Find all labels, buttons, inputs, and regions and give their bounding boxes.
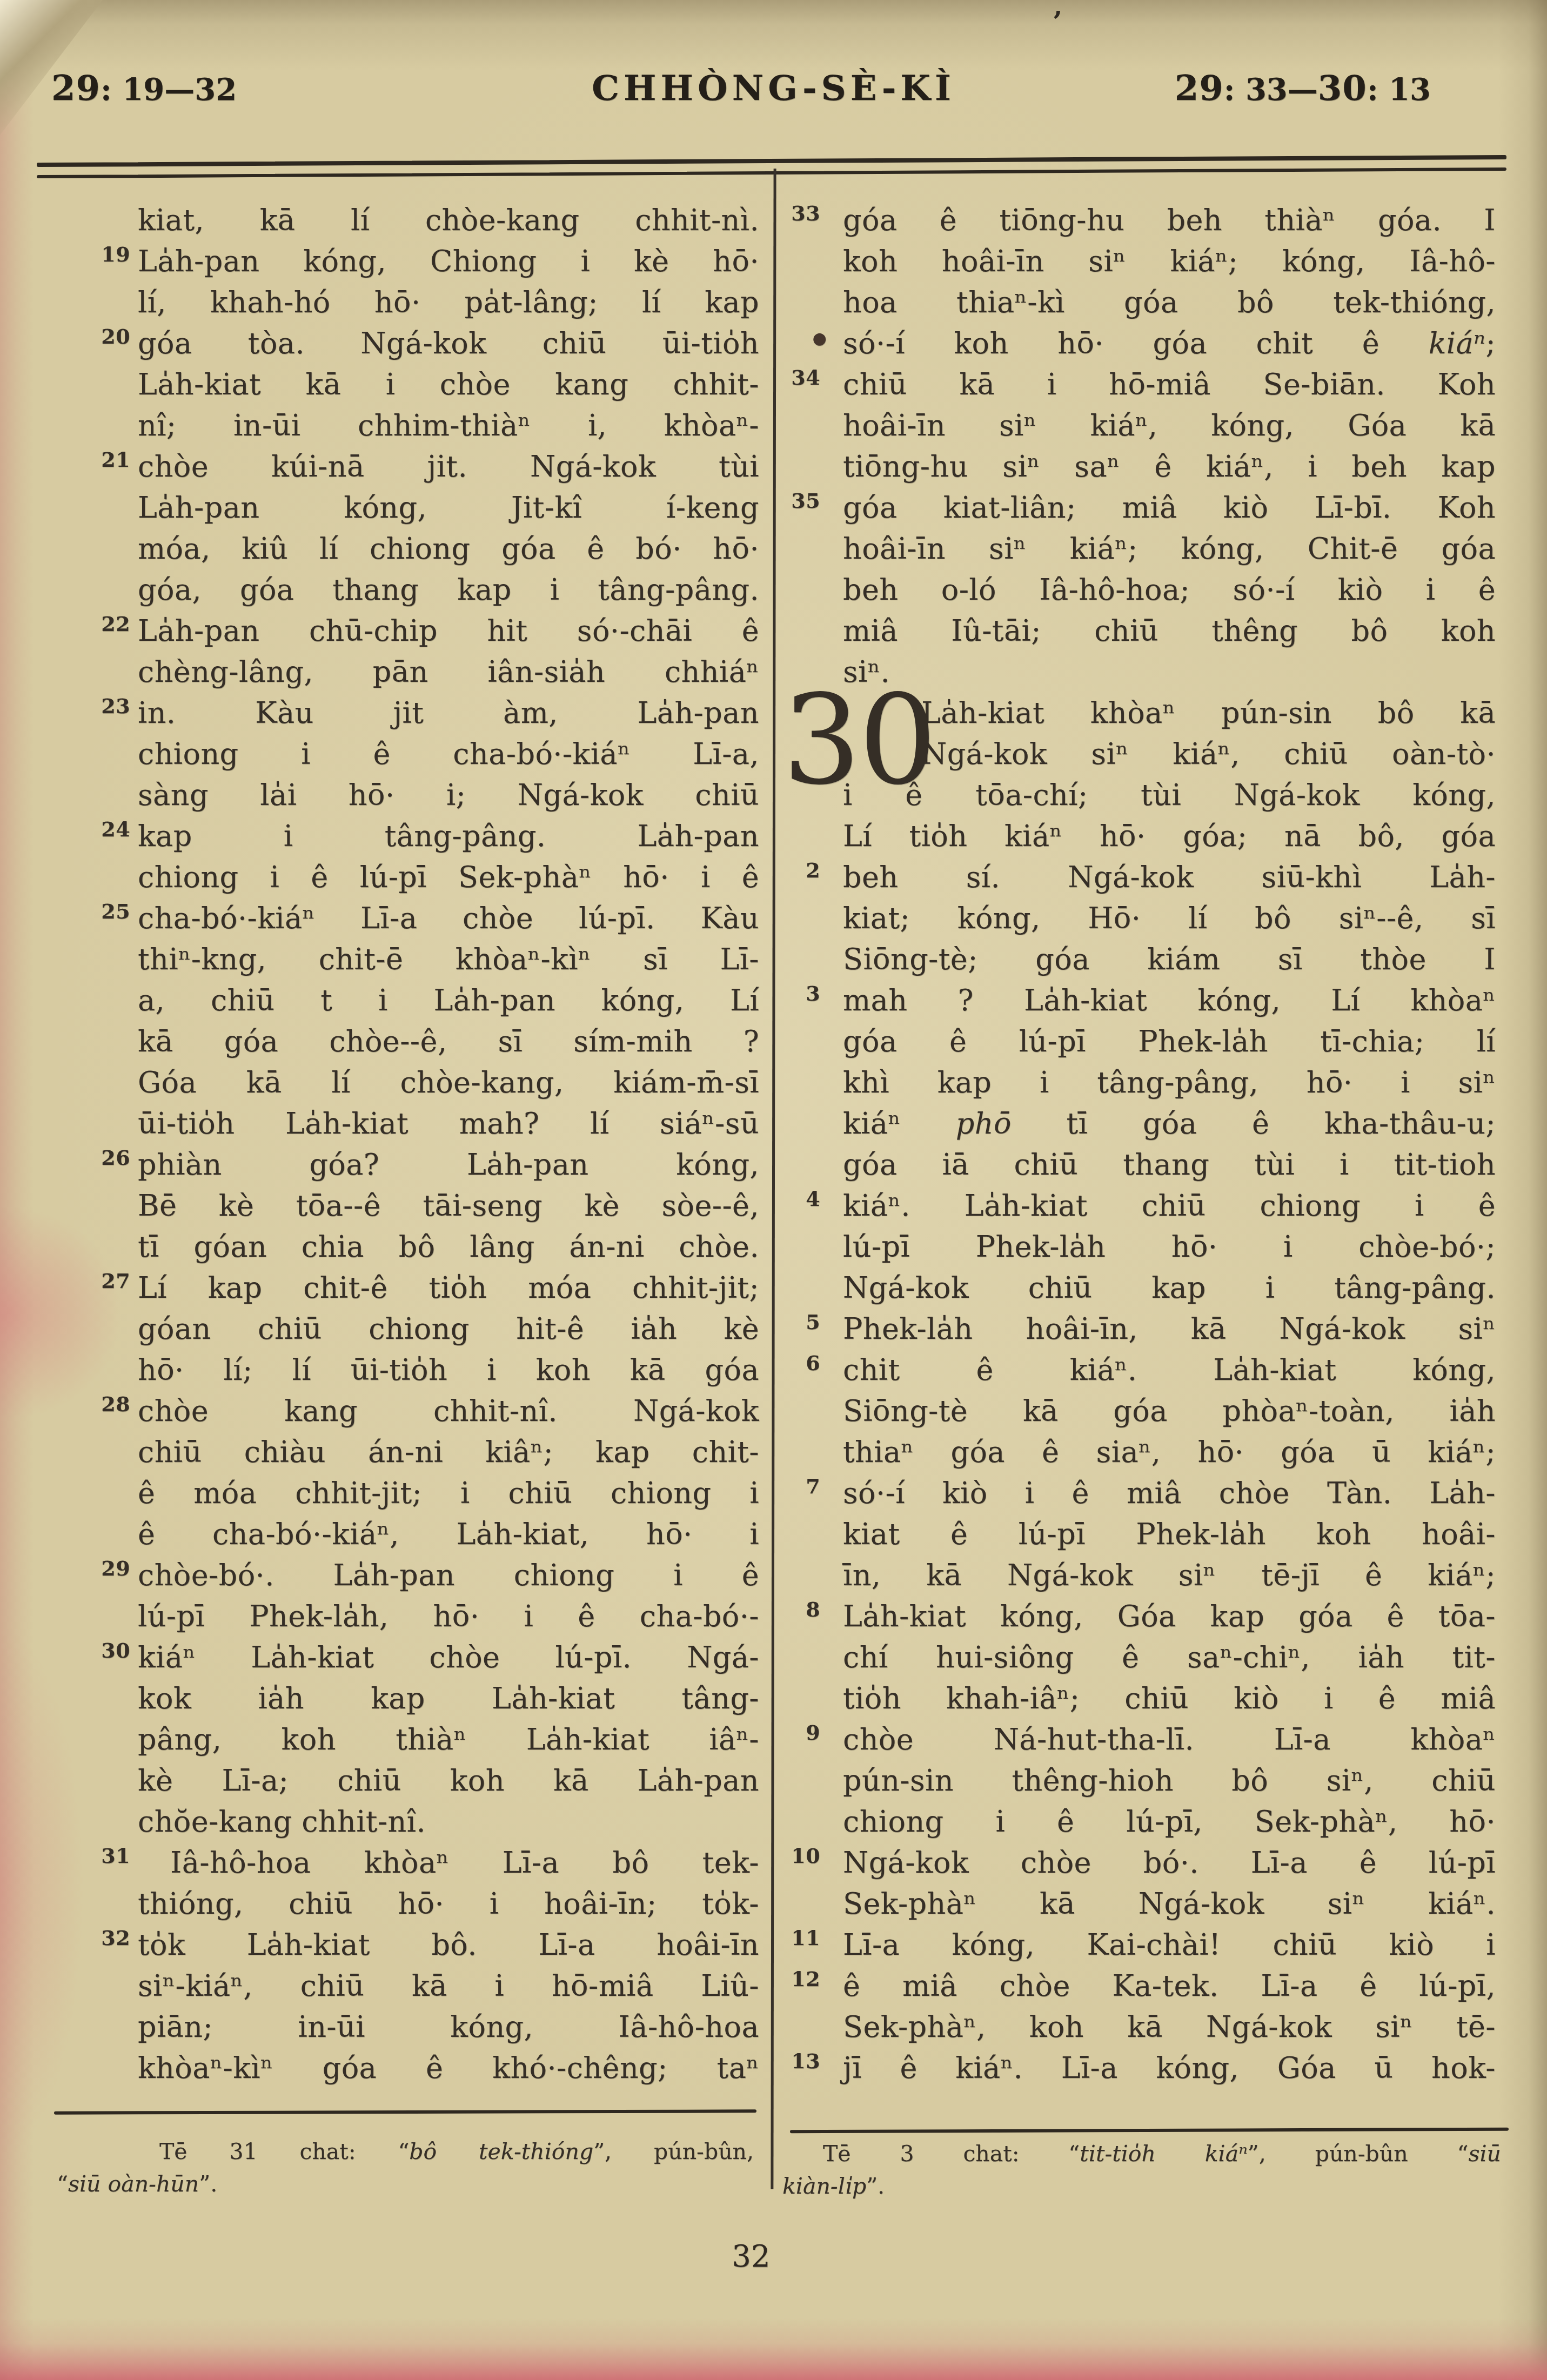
- verse-number: 11: [791, 1928, 820, 1948]
- text-line: 35góa kiat-liân; miâ kiò Lī-bī. Koh: [843, 487, 1496, 528]
- text-line: 10Ngá-kok chòe bó·. Lī-a ê lú-pī: [843, 1842, 1496, 1883]
- text-line: lú-pī Phek-la̍h, hō· i ê cha-bó·-: [138, 1596, 759, 1637]
- text-line: chí hui-siông ê saⁿ-chiⁿ, ia̍h tit-: [843, 1637, 1496, 1678]
- text-line: īn, kā Ngá-kok siⁿ tē-jī ê kiáⁿ;: [843, 1555, 1496, 1596]
- text-line: i ê tōa-chí; tùi Ngá-kok kóng,: [843, 775, 1496, 816]
- page-number: 32: [719, 2239, 783, 2274]
- header-double-rule-top: [37, 155, 1506, 167]
- text-line: Tē 3 chat: “tit-tio̍h kiáⁿ”, pún-bûn “si…: [782, 2137, 1501, 2170]
- text-line: “siū oàn-hūn”.: [57, 2168, 754, 2200]
- chapter-number: 30: [782, 679, 935, 802]
- text-line: kiat; kóng, Hō· lí bô siⁿ--ê, sī: [843, 898, 1496, 939]
- text-line: 34chiū kā i hō-miâ Se-biān. Koh: [843, 364, 1496, 405]
- footnote-rule-right: [790, 2128, 1509, 2134]
- text-line: 9chòe Ná-hut-tha-lī. Lī-a khòaⁿ: [843, 1719, 1496, 1760]
- verse-number: 5: [806, 1312, 820, 1332]
- text-line: 31Iâ-hô-hoa khòaⁿ Lī-a bô tek-: [138, 1842, 759, 1883]
- verse-number: 4: [806, 1189, 820, 1209]
- text-line: Ngá-kok siⁿ kiáⁿ, chiū oàn-tò·: [843, 734, 1496, 775]
- text-line: kiat ê lú-pī Phek-la̍h koh hoâi-: [843, 1514, 1496, 1555]
- text-line: 19La̍h-pan kóng, Chiong i kè hō·: [138, 241, 759, 282]
- text-line: a, chiū t i La̍h-pan kóng, Lí: [138, 980, 759, 1021]
- text-line: chiū chiàu án-ni kiâⁿ; kap chit-: [138, 1432, 759, 1473]
- text-line: Tē 31 chat: “bô tek-thióng”, pún-bûn,: [57, 2135, 754, 2168]
- text-line: pâng, koh thiàⁿ La̍h-kiat iâⁿ-: [138, 1719, 759, 1760]
- verse-number: 32: [101, 1928, 130, 1948]
- text-line: 28chòe kang chhit-nî. Ngá-kok: [138, 1391, 759, 1432]
- text-line: chèng-lâng, pān iân-sia̍h chhiáⁿ: [138, 652, 759, 693]
- text-line: Siōng-tè kā góa phòaⁿ-toàn, ia̍h: [843, 1391, 1496, 1432]
- text-line: 25cha-bó·-kiáⁿ Lī-a chòe lú-pī. Kàu: [138, 898, 759, 939]
- text-line: tiōng-hu siⁿ saⁿ ê kiáⁿ, i beh kap: [843, 446, 1496, 487]
- verse-number: 2: [806, 860, 820, 881]
- text-line: hoâi-īn siⁿ kiáⁿ, kóng, Góa kā: [843, 405, 1496, 446]
- text-line: chiong i ê lú-pī, Sek-phàⁿ, hō·: [843, 1801, 1496, 1842]
- verse-number: 19: [101, 244, 130, 265]
- text-line: 3mah ? La̍h-kiat kóng, Lí khòaⁿ: [843, 980, 1496, 1021]
- text-line: Lí tio̍h kiáⁿ hō· góa; nā bô, góa: [843, 816, 1496, 857]
- verse-number: 7: [806, 1476, 820, 1497]
- text-line: lú-pī Phek-la̍h hō· i chòe-bó·;: [843, 1226, 1496, 1268]
- text-line: nî; in-ūi chhim-thiàⁿ i, khòaⁿ-: [138, 405, 759, 446]
- text-line: 22La̍h-pan chū-chip hit só·-chāi ê: [138, 611, 759, 652]
- footnote-rule-left: [54, 2109, 756, 2114]
- text-line: chiong i ê lú-pī Sek-phàⁿ hō· i ê: [138, 857, 759, 898]
- right-text-column: 33góa ê tiōng-hu beh thiàⁿ góa. Ikoh hoâ…: [843, 200, 1496, 2089]
- footnote-left: Tē 31 chat: “bô tek-thióng”, pún-bûn,“si…: [57, 2135, 754, 2200]
- verse-number: 23: [101, 696, 130, 716]
- text-line: Siōng-tè; góa kiám sī thòe I: [843, 939, 1496, 980]
- verse-number: 9: [806, 1722, 820, 1743]
- footnote-right: Tē 3 chat: “tit-tio̍h kiáⁿ”, pún-bûn “si…: [782, 2137, 1501, 2202]
- text-line: móa, kiû lí chiong góa ê bó· hō·: [138, 528, 759, 569]
- text-line: 13jī ê kiáⁿ. Lī-a kóng, Góa ū hok-: [843, 2048, 1496, 2089]
- verse-number: 25: [101, 901, 130, 922]
- text-line: ●só·-í koh hō· góa chit ê kiáⁿ;: [843, 323, 1496, 364]
- text-line: 29chòe-bó·. La̍h-pan chiong i ê: [138, 1555, 759, 1596]
- verse-number: 12: [791, 1969, 820, 1989]
- text-line: tio̍h khah-iâⁿ; chiū kiò i ê miâ: [843, 1678, 1496, 1719]
- text-line: siⁿ-kiáⁿ, chiū kā i hō-miâ Liû-: [138, 1966, 759, 2007]
- column-divider: [771, 169, 776, 2189]
- text-line: koh hoâi-īn siⁿ kiáⁿ; kóng, Iâ-hô-: [843, 241, 1496, 282]
- text-line: 26phiàn góa? La̍h-pan kóng,: [138, 1144, 759, 1185]
- text-line: kiat, kā lí chòe-kang chhit-nì.: [138, 200, 759, 241]
- text-line: 33góa ê tiōng-hu beh thiàⁿ góa. I: [843, 200, 1496, 241]
- text-line: thiaⁿ góa ê siaⁿ, hō· góa ū kiáⁿ;: [843, 1432, 1496, 1473]
- verse-number: 28: [101, 1394, 130, 1414]
- verse-number: 33: [791, 203, 820, 224]
- verse-number: 26: [101, 1148, 130, 1168]
- text-line: La̍h-kiat khòaⁿ pún-sin bô kā: [843, 693, 1496, 734]
- text-line: Ngá-kok chiū kap i tâng-pâng.: [843, 1268, 1496, 1309]
- text-line: sàng la̍i hō· i; Ngá-kok chiū: [138, 775, 759, 816]
- header-verse-range-right: 29: 33—30: 13: [1175, 68, 1431, 109]
- text-line: chŏe-kang chhit-nî.: [138, 1801, 759, 1842]
- text-line: Góa kā lí chòe-kang, kiám-m̄-sī: [138, 1062, 759, 1103]
- text-line: 12ê miâ chòe Ka-tek. Lī-a ê lú-pī,: [843, 1966, 1496, 2007]
- text-line: góa iā chiū thang tùi i tit-tioh: [843, 1144, 1496, 1185]
- text-line: 20góa tòa. Ngá-kok chiū ūi-tio̍h: [138, 323, 759, 364]
- text-line: kok ia̍h kap La̍h-kiat tâng-: [138, 1678, 759, 1719]
- text-line: hoa thiaⁿ-kì góa bô tek-thióng,: [843, 282, 1496, 323]
- text-line: siⁿ.: [843, 652, 1496, 693]
- stray-ink-mark: ’: [1053, 5, 1062, 38]
- text-line: 27Lí kap chit-ê tio̍h móa chhit-jit;: [138, 1268, 759, 1309]
- header-double-rule-bottom: [37, 167, 1506, 178]
- text-line: hoâi-īn siⁿ kiáⁿ; kóng, Chit-ē góa: [843, 528, 1496, 569]
- text-line: ūi-tio̍h La̍h-kiat mah? lí siáⁿ-sū: [138, 1103, 759, 1144]
- text-line: kiáⁿ phō tī góa ê kha-thâu-u;: [843, 1103, 1496, 1144]
- text-line: 7só·-í kiò i ê miâ chòe Tàn. La̍h-: [843, 1473, 1496, 1514]
- text-line: miâ Iû-tāi; chiū thêng bô koh: [843, 611, 1496, 652]
- text-line: khì kap i tâng-pâng, hō· i siⁿ: [843, 1062, 1496, 1103]
- verse-number: 24: [101, 819, 130, 840]
- text-line: góa ê lú-pī Phek-la̍h tī-chia; lí: [843, 1021, 1496, 1062]
- verse-number: 13: [791, 2051, 820, 2071]
- verse-number: 31: [69, 1846, 130, 1866]
- text-line: 5Phek-la̍h hoâi-īn, kā Ngá-kok siⁿ: [843, 1309, 1496, 1350]
- text-line: chiong i ê cha-bó·-kiáⁿ Lī-a,: [138, 734, 759, 775]
- text-line: hō· lí; lí ūi-tio̍h i koh kā góa: [138, 1350, 759, 1391]
- text-line: La̍h-pan kóng, Jit-kî í-keng: [138, 487, 759, 528]
- text-line: 11Lī-a kóng, Kai-chài! chiū kiò i: [843, 1925, 1496, 1966]
- text-line: Bē kè tōa--ê tāi-seng kè sòe--ê,: [138, 1185, 759, 1226]
- verse-number: 3: [806, 983, 820, 1004]
- text-line: La̍h-kiat kā i chòe kang chhit-: [138, 364, 759, 405]
- verse-number: 10: [791, 1846, 820, 1866]
- text-line: 6chit ê kiáⁿ. La̍h-kiat kóng,: [843, 1350, 1496, 1391]
- text-line: 2beh sí. Ngá-kok siū-khì La̍h-: [843, 857, 1496, 898]
- text-line: ê cha-bó·-kiáⁿ, La̍h-kiat, hō· i: [138, 1514, 759, 1555]
- text-line: 4kiáⁿ. La̍h-kiat chiū chiong i ê: [843, 1185, 1496, 1226]
- verse-number: 35: [791, 491, 820, 511]
- text-line: 8La̍h-kiat kóng, Góa kap góa ê tōa-: [843, 1596, 1496, 1637]
- text-line: thióng, chiū hō· i hoâi-īn; to̍k-: [138, 1883, 759, 1925]
- text-line: lí, khah-hó hō· pa̍t-lâng; lí kap: [138, 282, 759, 323]
- text-line: 24kap i tâng-pâng. La̍h-pan: [138, 816, 759, 857]
- text-line: thiⁿ-kng, chit-ē khòaⁿ-kìⁿ sī Lī-: [138, 939, 759, 980]
- text-line: beh o-ló Iâ-hô-hoa; só·-í kiò i ê: [843, 569, 1496, 611]
- verse-number: 6: [806, 1353, 820, 1373]
- text-line: khòaⁿ-kìⁿ góa ê khó·-chêng; taⁿ: [138, 2048, 759, 2089]
- text-line: 32to̍k La̍h-kiat bô. Lī-a hoâi-īn: [138, 1925, 759, 1966]
- text-line: góan chiū chiong hit-ê ia̍h kè: [138, 1309, 759, 1350]
- scanned-book-page: ’ 29: 19—32 CHHÒNG-SÈ-KÌ 29: 33—30: 13 k…: [0, 0, 1547, 2380]
- verse-number: 34: [791, 367, 820, 388]
- text-line: kè Lī-a; chiū koh kā La̍h-pan: [138, 1760, 759, 1801]
- verse-number: 29: [101, 1558, 130, 1579]
- verse-number: 27: [101, 1271, 130, 1291]
- text-line: 30kiáⁿ La̍h-kiat chòe lú-pī. Ngá-: [138, 1637, 759, 1678]
- text-line: 23in. Kàu jit àm, La̍h-pan: [138, 693, 759, 734]
- text-line: tī góan chia bô lâng án-ni chòe.: [138, 1226, 759, 1268]
- text-line: piān; in-ūi kóng, Iâ-hô-hoa: [138, 2007, 759, 2048]
- verse-number: 22: [101, 614, 130, 634]
- text-line: kā góa chòe--ê, sī sím-mih ?: [138, 1021, 759, 1062]
- left-text-column: kiat, kā lí chòe-kang chhit-nì.19La̍h-pa…: [138, 200, 759, 2089]
- text-line: kiàn-li̍p”.: [782, 2170, 1501, 2202]
- ink-blot-marker: ●: [812, 331, 827, 347]
- verse-number: 30: [101, 1640, 130, 1661]
- text-line: pún-sin thêng-hioh bô siⁿ, chiū: [843, 1760, 1496, 1801]
- text-line: Sek-phàⁿ kā Ngá-kok siⁿ kiáⁿ.: [843, 1883, 1496, 1925]
- verse-number: 21: [101, 450, 130, 470]
- text-line: góa, góa thang kap i tâng-pâng.: [138, 569, 759, 611]
- text-line: ê móa chhit-jit; i chiū chiong i: [138, 1473, 759, 1514]
- verse-number: 20: [101, 326, 130, 347]
- verse-number: 8: [806, 1599, 820, 1620]
- text-line: 21chòe kúi-nā jit. Ngá-kok tùi: [138, 446, 759, 487]
- page-corner-fold: [0, 0, 103, 135]
- text-line: Sek-phàⁿ, koh kā Ngá-kok siⁿ tē-: [843, 2007, 1496, 2048]
